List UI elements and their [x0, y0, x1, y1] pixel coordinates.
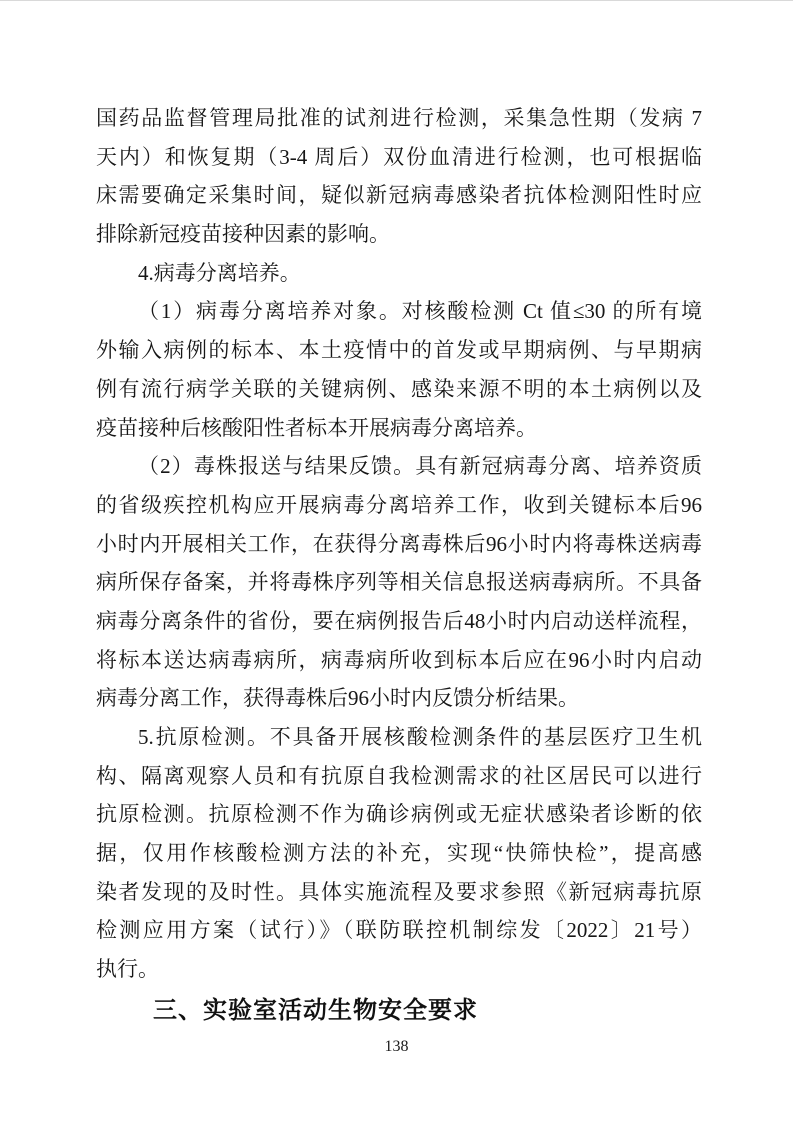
- paragraph-serology-continuation: 国药品监督管理局批准的试剂进行检测，采集急性期（发病 7 天内）和恢复期（3-4…: [96, 99, 702, 254]
- text-line: 排除新冠疫苗接种因素的影响。: [96, 215, 702, 254]
- paragraph-item-5: 5.抗原检测。不具备开展核酸检测条件的基层医疗卫生机 构、隔离观察人员和有抗原自…: [96, 718, 702, 989]
- text-line: 床需要确定采集时间，疑似新冠病毒感染者抗体检测阳性时应: [96, 176, 702, 215]
- paragraph-item-4-1: （1）病毒分离培养对象。对核酸检测 Ct 值≤30 的所有境 外输入病例的标本、…: [96, 292, 702, 447]
- text-line: 执行。: [96, 950, 702, 989]
- text-line: 据，仅用作核酸检测方法的补充，实现“快筛快检”，提高感: [96, 834, 702, 873]
- text-line: 检测应用方案（试行）》（联防联控机制综发〔2022〕21号）: [96, 911, 702, 950]
- document-page: 国药品监督管理局批准的试剂进行检测，采集急性期（发病 7 天内）和恢复期（3-4…: [0, 0, 793, 1123]
- text-line: 疫苗接种后核酸阳性者标本开展病毒分离培养。: [96, 409, 702, 448]
- text-line: 病所保存备案，并将毒株序列等相关信息报送病毒病所。不具备: [96, 563, 702, 602]
- document-body: 国药品监督管理局批准的试剂进行检测，采集急性期（发病 7 天内）和恢复期（3-4…: [96, 99, 702, 989]
- text-line: 病毒分离工作，获得毒株后96小时内反馈分析结果。: [96, 679, 702, 718]
- text-line: 构、隔离观察人员和有抗原自我检测需求的社区居民可以进行: [96, 757, 702, 796]
- text-line: 染者发现的及时性。具体实施流程及要求参照《新冠病毒抗原: [96, 873, 702, 912]
- text-line: 病毒分离条件的省份，要在病例报告后48小时内启动送样流程，: [96, 602, 702, 641]
- section-heading-lab-biosafety: 三、实验室活动生物安全要求: [96, 989, 759, 1033]
- text-line: 4.病毒分离培养。: [96, 254, 702, 293]
- text-line: 的省级疾控机构应开展病毒分离培养工作，收到关键标本后96: [96, 486, 702, 525]
- text-line: 5.抗原检测。不具备开展核酸检测条件的基层医疗卫生机: [96, 718, 702, 757]
- text-line: 外输入病例的标本、本土疫情中的首发或早期病例、与早期病: [96, 331, 702, 370]
- text-line: （2）毒株报送与结果反馈。具有新冠病毒分离、培养资质: [96, 447, 702, 486]
- text-line: 例有流行病学关联的关键病例、感染来源不明的本土病例以及: [96, 370, 702, 409]
- text-line: （1）病毒分离培养对象。对核酸检测 Ct 值≤30 的所有境: [96, 292, 702, 331]
- text-line: 小时内开展相关工作，在获得分离毒株后96小时内将毒株送病毒: [96, 525, 702, 564]
- page-footer: 138: [0, 1037, 793, 1057]
- page-number: 138: [385, 1038, 409, 1055]
- text-line: 抗原检测。抗原检测不作为确诊病例或无症状感染者诊断的依: [96, 795, 702, 834]
- text-line: 将标本送达病毒病所，病毒病所收到标本后应在96小时内启动: [96, 641, 702, 680]
- text-line: 国药品监督管理局批准的试剂进行检测，采集急性期（发病 7: [96, 99, 702, 138]
- paragraph-item-4-title: 4.病毒分离培养。: [96, 254, 702, 293]
- paragraph-item-4-2: （2）毒株报送与结果反馈。具有新冠病毒分离、培养资质 的省级疾控机构应开展病毒分…: [96, 447, 702, 718]
- text-line: 天内）和恢复期（3-4 周后）双份血清进行检测，也可根据临: [96, 138, 702, 177]
